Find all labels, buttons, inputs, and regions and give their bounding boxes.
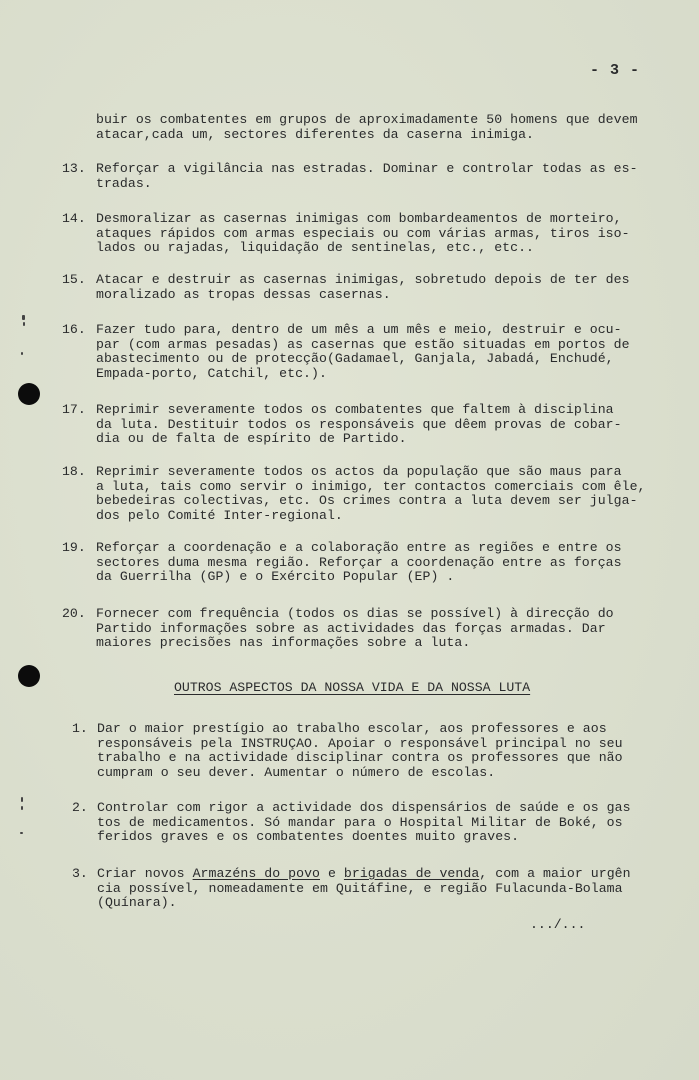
page-number: - 3 - (590, 62, 640, 79)
text-line: Atacar e destruir as casernas inimigas, … (96, 272, 630, 287)
text-line: Reprimir severamente todos os combatente… (96, 402, 614, 417)
margin-mark (21, 352, 23, 355)
margin-mark (23, 322, 25, 326)
text-line: Dar o maior prestígio ao trabalho escola… (97, 721, 607, 736)
item-number: 3. (72, 866, 88, 881)
text-line: lados ou rajadas, liquidação de sentinel… (96, 240, 534, 255)
text-line: atacar,cada um, sectores diferentes da c… (96, 127, 534, 142)
text-line: abastecimento ou de protecção(Gadamael, … (96, 351, 614, 366)
section-heading: OUTROS ASPECTOS DA NOSSA VIDA E DA NOSSA… (174, 680, 530, 695)
text-line: bebedeiras colectivas, etc. Os crimes co… (96, 493, 638, 508)
item-number: 16. (62, 322, 86, 337)
text-line: moralizado as tropas dessas casernas. (96, 287, 391, 302)
text-span: e (320, 866, 344, 881)
text-line: Reforçar a coordenação e a colaboração e… (96, 540, 622, 555)
text-line: cumpram o seu dever. Aumentar o número d… (97, 765, 495, 780)
text-span: , com a maior urgên (479, 866, 630, 881)
item-number: 13. (62, 161, 86, 176)
item-number: 14. (62, 211, 86, 226)
item-number: 17. (62, 402, 86, 417)
text-span: (Quínara). (97, 895, 177, 910)
text-line: Partido informações sobre as actividades… (96, 621, 606, 636)
text-span: Criar novos (97, 866, 193, 881)
text-line: feridos graves e os combatentes doentes … (97, 829, 519, 844)
item-number: 2. (72, 800, 88, 815)
continued-marker: .../... (530, 917, 585, 932)
text-line: a luta, tais como servir o inimigo, ter … (96, 479, 646, 494)
item-number: 15. (62, 272, 86, 287)
item-number: 1. (72, 721, 88, 736)
text-line: responsáveis pela INSTRUÇAO. Apoiar o re… (97, 736, 623, 751)
text-span: cia possível, nomeadamente em Quitáfine,… (97, 881, 623, 896)
text-line: maiores precisões nas informações sobre … (96, 635, 470, 650)
text-line: Controlar com rigor a actividade dos dis… (97, 800, 631, 815)
text-line: tradas. (96, 176, 152, 191)
text-line: sectores duma mesma região. Reforçar a c… (96, 555, 622, 570)
text-line: trabalho e na actividade disciplinar con… (97, 750, 623, 765)
text-line: Fazer tudo para, dentro de um mês a um m… (96, 322, 622, 337)
punch-hole-top (18, 383, 40, 405)
text-line: Reforçar a vigilância nas estradas. Domi… (96, 161, 638, 176)
punch-hole-bottom (18, 665, 40, 687)
margin-mark (20, 832, 23, 834)
item-number: 20. (62, 606, 86, 621)
text-line: dos pelo Comité Inter-regional. (96, 508, 343, 523)
margin-mark (21, 797, 23, 802)
text-line: ataques rápidos com armas especiais ou c… (96, 226, 630, 241)
underlined-phrase: Armazéns do povo (193, 866, 320, 881)
margin-mark (21, 806, 23, 810)
item-number: 18. (62, 464, 86, 479)
document-page: - 3 - buir os combatentes em grupos de a… (0, 0, 699, 1080)
text-line: Reprimir severamente todos os actos da p… (96, 464, 622, 479)
text-line: Desmoralizar as casernas inimigas com bo… (96, 211, 622, 226)
text-line: da Guerrilha (GP) e o Exército Popular (… (96, 569, 454, 584)
text-line: tos de medicamentos. Só mandar para o Ho… (97, 815, 623, 830)
margin-mark (22, 315, 25, 320)
text-line: cia possível, nomeadamente em Quitáfine,… (97, 881, 623, 896)
text-line: Fornecer com frequência (todos os dias s… (96, 606, 614, 621)
text-line: (Quínara). (97, 895, 177, 910)
text-line: par (com armas pesadas) as casernas que … (96, 337, 630, 352)
text-line: buir os combatentes em grupos de aproxim… (96, 112, 638, 127)
item-number: 19. (62, 540, 86, 555)
underlined-phrase: brigadas de venda (344, 866, 479, 881)
text-line: Criar novos Armazéns do povo e brigadas … (97, 866, 631, 881)
text-line: da luta. Destituir todos os responsáveis… (96, 417, 622, 432)
text-line: dia ou de falta de espírito de Partido. (96, 431, 407, 446)
text-line: Empada-porto, Catchil, etc.). (96, 366, 327, 381)
